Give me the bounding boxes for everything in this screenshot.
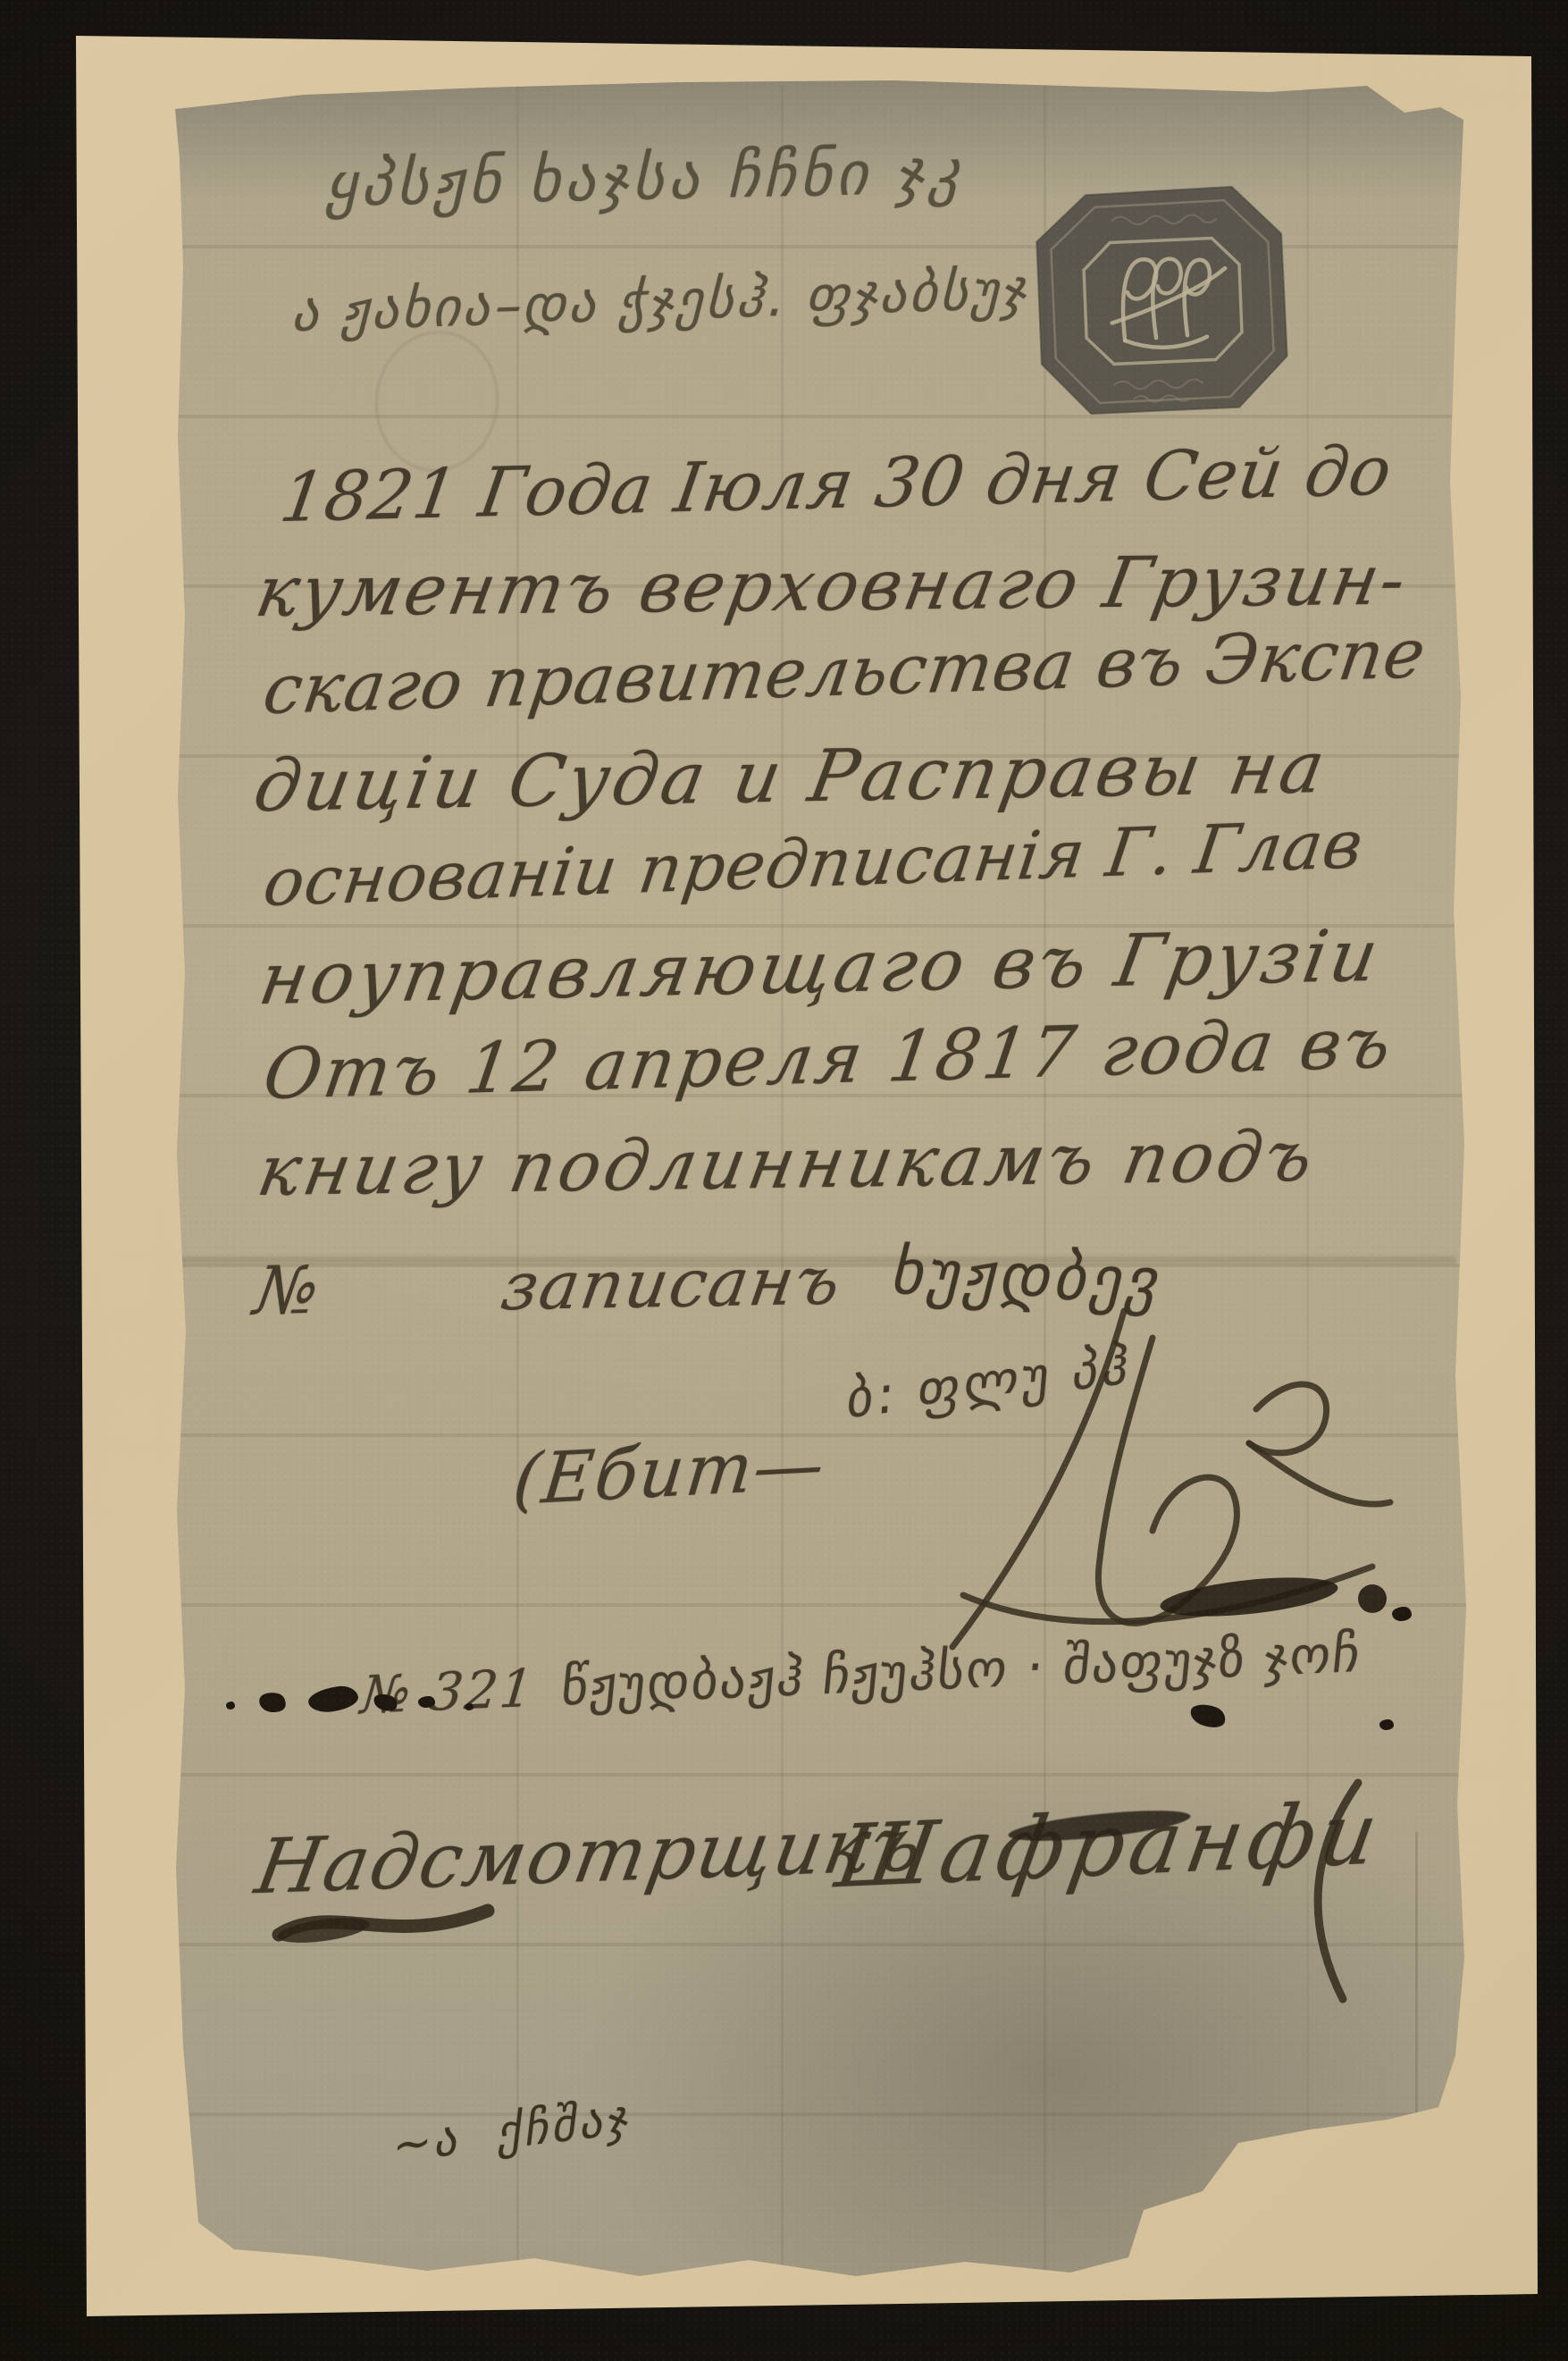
georgian-inscription-line-1: ყპსჟნ ხაჯსა ჩჩნი ჯკ <box>321 137 975 221</box>
ink-blot <box>1379 1719 1394 1730</box>
signature-left-paraph <box>268 1886 500 1966</box>
georgian-inscription-line-2: ა ჟახია–და ჭჯესჰ. ფჯაბსუჯ <box>287 258 1039 344</box>
ink-blot <box>226 1701 235 1710</box>
attestation-word: (Ебит— <box>509 1424 829 1521</box>
bottom-note: ~ა ქჩშაჯ <box>390 2089 635 2173</box>
ink-stamp <box>1032 182 1292 417</box>
number-script: წჟუდბაჟჰ ჩჟუჰსო · შაფუჯზ ჯოჩ <box>558 1623 1364 1718</box>
number-line: № 321წჟუდბაჟჰ ჩჟუჰსო · შაფუჯზ ჯოჩ <box>243 1561 1371 1791</box>
ink-blot <box>465 1703 474 1710</box>
registration-number: № 321 <box>358 1658 538 1726</box>
scan-background: ყპსჟნ ხაჯსა ჩჩნი ჯკ ა ჟახია–და ჭჯესჰ. ფჯ… <box>0 0 1568 2361</box>
body-line-7: Отъ 12 апреля 1817 года въ <box>258 1004 1398 1116</box>
ink-blot <box>418 1696 435 1708</box>
body-line-9: № записанъ <box>249 1242 847 1330</box>
body-line-8: книгу подлинникамъ подъ <box>252 1116 1322 1212</box>
signature-right-swash <box>1294 1774 1379 2015</box>
body-line-1: 1821 Года Іюля 30 дня Сей до <box>275 430 1397 537</box>
body-line-6: ноуправляющаго въ Грузіи <box>254 914 1388 1021</box>
ink-blot <box>1392 1607 1412 1621</box>
manuscript-page: ყპსჟნ ხაჯსა ჩჩნი ჯკ ა ჟახია–და ჭჯესჰ. ფჯ… <box>0 0 1568 2361</box>
